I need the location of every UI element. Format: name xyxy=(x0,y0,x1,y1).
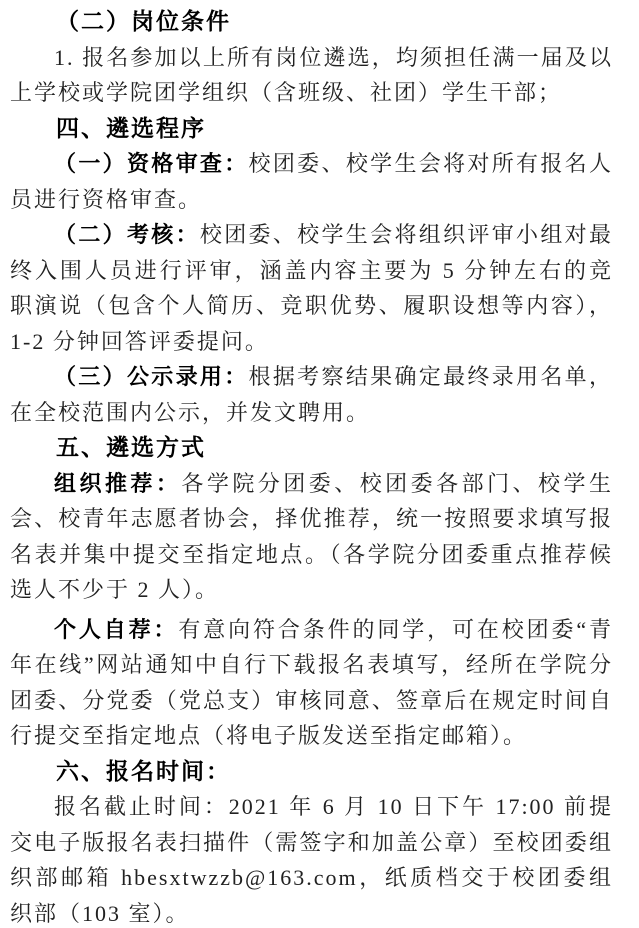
paragraph-eligibility: 1. 报名参加以上所有岗位遴选，均须担任满一届及以上学校或学院团学组织（含班级、… xyxy=(10,40,613,111)
heading-selection-procedure: 四、遴选程序 xyxy=(10,111,613,147)
paragraph-registration-deadline: 报名截止时间：2021 年 6 月 10 日下午 17:00 前提交电子版报名表… xyxy=(10,789,613,928)
heading-selection-method: 五、遴选方式 xyxy=(10,430,613,466)
page: { "document": { "background_color": "#ff… xyxy=(0,0,639,928)
paragraph-organization-recommendation: 组织推荐：各学院分团委、校团委各部门、校学生会、校青年志愿者协会，择优推荐，统一… xyxy=(10,466,613,608)
email-address: hbesxtwzzb@163.com xyxy=(121,865,358,890)
heading-registration-time: 六、报名时间： xyxy=(10,754,613,790)
paragraph-qualification-review-lead: （一）资格审查： xyxy=(54,151,249,176)
heading-position-requirements: （二）岗位条件 xyxy=(10,4,613,40)
paragraph-publicity-employment-lead: （三）公示录用： xyxy=(54,364,249,389)
paragraph-assessment: （二）考核：校团委、校学生会将组织评审小组对最终入围人员进行评审，涵盖内容主要为… xyxy=(10,217,613,359)
paragraph-qualification-review: （一）资格审查：校团委、校学生会将对所有报名人员进行资格审查。 xyxy=(10,146,613,217)
paragraph-assessment-lead: （二）考核： xyxy=(54,222,200,247)
paragraph-organization-recommendation-lead: 组织推荐： xyxy=(54,471,181,496)
paragraph-self-recommendation: 个人自荐：有意向符合条件的同学，可在校团委“青年在线”网站通知中自行下载报名表填… xyxy=(10,612,613,754)
document-page: （二）岗位条件 1. 报名参加以上所有岗位遴选，均须担任满一届及以上学校或学院团… xyxy=(0,0,639,928)
paragraph-publicity-employment: （三）公示录用：根据考察结果确定最终录用名单，在全校范围内公示，并发文聘用。 xyxy=(10,359,613,430)
paragraph-self-recommendation-lead: 个人自荐： xyxy=(54,617,178,642)
